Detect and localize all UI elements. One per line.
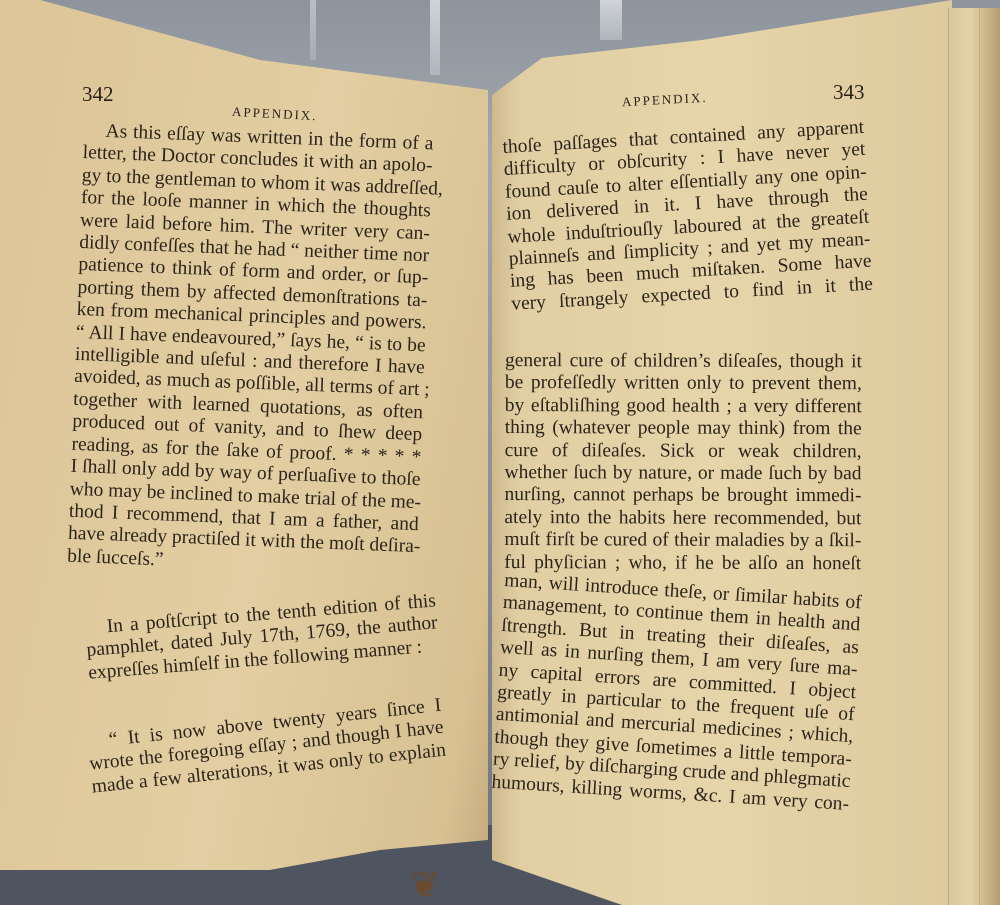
- right-text-top: thoſe paſſages that contained any appare…: [502, 117, 873, 316]
- text-line: muſt firſt be cured of their maladies by…: [504, 529, 861, 553]
- right-text-middle: general cure of children’s diſeaſes, tho…: [504, 350, 862, 575]
- text-line: whether ſuch by nature, or made ſuch by …: [505, 462, 862, 486]
- text-line: ful phyſician ; who, if he be alſo an ho…: [504, 552, 861, 576]
- text-line: cure of diſeaſes. Sick or weak children,: [505, 440, 862, 464]
- page-number-right: 343: [833, 80, 865, 105]
- background-glare: [600, 0, 622, 40]
- text-line: ately into the habits here recommended, …: [504, 507, 861, 531]
- text-line: be profeſſedly written only to prevent t…: [505, 372, 862, 396]
- fern-sprig-icon: ❦: [405, 865, 445, 905]
- text-line: nurſing, cannot perhaps be brought immed…: [504, 484, 861, 508]
- page-edges: [948, 8, 1000, 905]
- background-glare: [310, 0, 316, 60]
- text-line: general cure of children’s diſeaſes, tho…: [505, 350, 862, 374]
- right-text-bottom: man, will introduce theſe, or ſimilar ha…: [491, 570, 862, 816]
- page-number-left: 342: [82, 82, 114, 107]
- background-glare: [430, 0, 440, 75]
- text-line: thing (whatever people may think) from t…: [505, 417, 862, 441]
- left-paragraph-1: As this eſſay was written in the form of…: [67, 120, 434, 581]
- text-line: by eſtabliſhing good health ; a very dif…: [505, 395, 862, 419]
